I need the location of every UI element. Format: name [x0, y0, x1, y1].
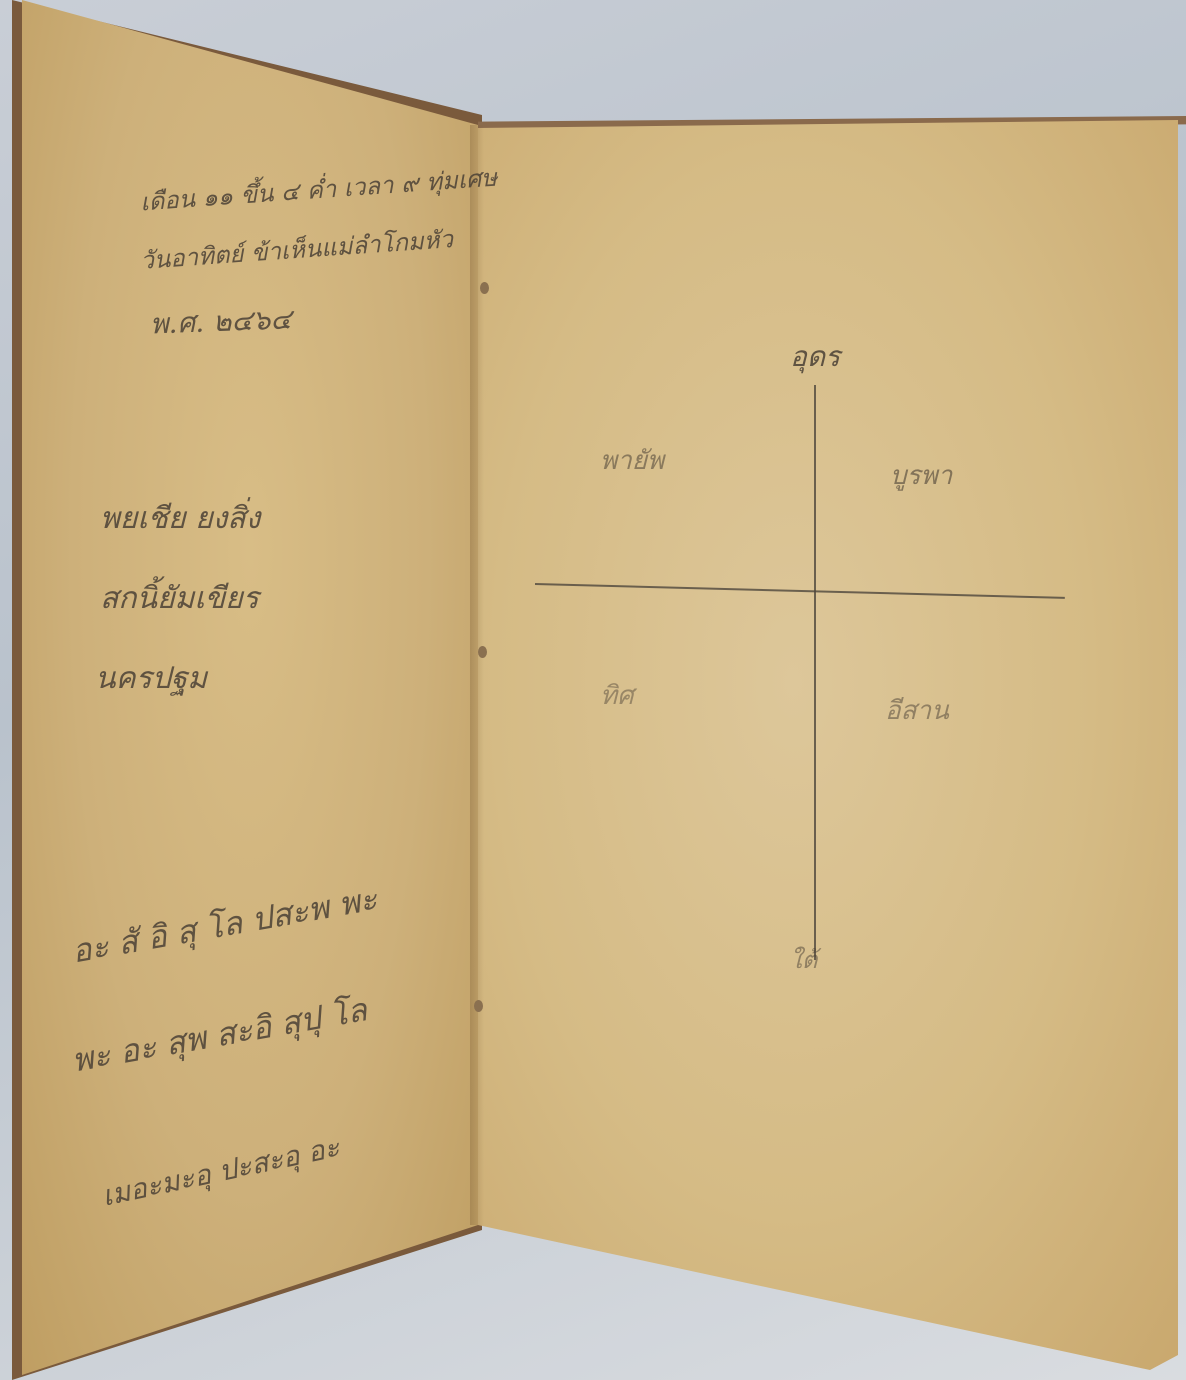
handwritten-line: พยเชีย ยงสิ่ง [100, 495, 260, 542]
diagram-label-top-left: พายัพ [600, 440, 664, 481]
diagram-label-bottom-left: ทิศ [600, 675, 634, 716]
binding-hole [480, 282, 489, 294]
diagram-label-bottom: ใต้ [790, 940, 817, 979]
diagram-label-bottom-right: อีสาน [885, 690, 949, 731]
handwritten-line: สกนิ้ยัมเขียร [100, 575, 259, 622]
binding-hole [478, 646, 487, 658]
diagram-label-top: อุดร [790, 335, 840, 379]
diagram-label-top-right: บูรพา [890, 455, 952, 496]
handwritten-line: นครปฐม [95, 655, 207, 702]
handwritten-line: พ.ศ. ๒๔๖๔ [149, 298, 292, 347]
vertical-axis-line [814, 385, 816, 960]
binding-hole [474, 1000, 483, 1012]
right-page [478, 120, 1178, 1370]
